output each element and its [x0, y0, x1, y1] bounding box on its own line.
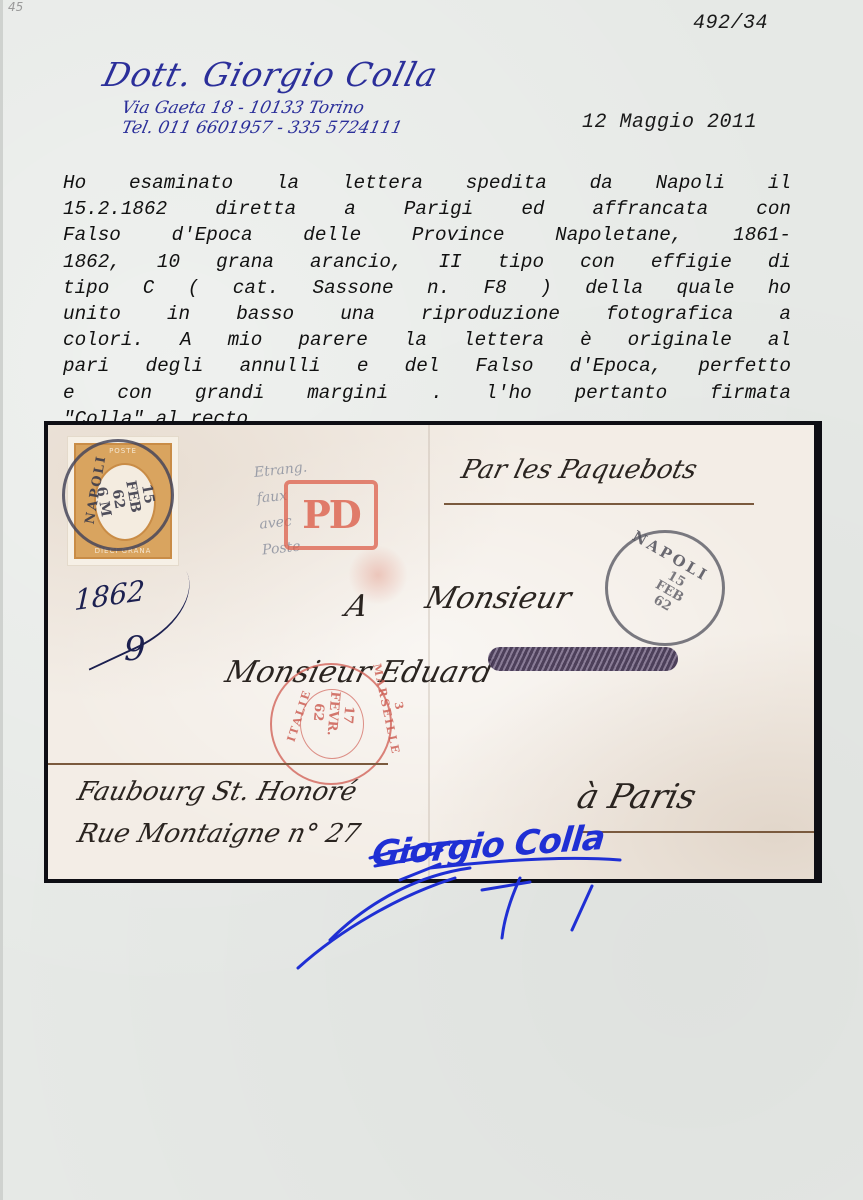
certificate-body: Ho esaminato la lettera spedita da Napol…: [63, 170, 791, 432]
body-line: pari degli annulli e del Falso d'Epoca, …: [63, 353, 791, 379]
postmark-date: 17 FEVR. 62: [308, 681, 358, 747]
body-line: tipo C ( cat. Sassone n. F8 ) della qual…: [63, 275, 791, 301]
postmark-napoli-stamp: NAPOLI 15 FEB 62 6 M: [62, 439, 174, 551]
fold-line: [428, 425, 430, 879]
route-note: Par les Paquebots: [458, 455, 700, 485]
body-line: unito in basso una riproduzione fotograf…: [63, 301, 791, 327]
body-line: Ho esaminato la lettera spedita da Napol…: [63, 170, 791, 196]
body-line: 15.2.1862 diretta a Parigi ed affrancata…: [63, 196, 791, 222]
page-edge: [0, 0, 3, 1200]
letterhead-name: Dott. Giorgio Colla: [99, 55, 442, 94]
address-city: à Paris: [573, 777, 700, 817]
body-line: e con grandi margini . l'ho pertanto fir…: [63, 380, 791, 406]
body-line: 1862, 10 grana arancio, II tipo con effi…: [63, 249, 791, 275]
letterhead: Dott. Giorgio Colla Via Gaeta 18 - 10133…: [100, 55, 437, 138]
postmark-napoli-cover: NAPOLI 15 FEB 62: [605, 530, 725, 646]
body-line: Falso d'Epoca delle Province Napoletane,…: [63, 222, 791, 248]
letterhead-telephone: Tel. 011 6601957 - 335 5724111: [120, 118, 440, 138]
body-line: colori. A mio parere la lettera è origin…: [63, 327, 791, 353]
pd-handstamp: PD: [284, 480, 378, 550]
underline: [48, 763, 388, 765]
reference-number: 492/34: [693, 12, 768, 35]
pencil-note: 45: [8, 0, 23, 14]
crossed-out-name: [488, 647, 678, 671]
address-salutation: A: [342, 589, 372, 624]
postmark-italie-marseille: ITALIE 3 MARSEILLE 17 FEVR. 62: [270, 663, 392, 785]
letterhead-address: Via Gaeta 18 - 10133 Torino: [120, 98, 440, 118]
rate-note: 9: [124, 629, 146, 669]
address-line-1: Monsieur: [422, 581, 575, 616]
envelope-photo: POSTE DIECI GRANA NAPOLI 15 FEB 62 6 M E…: [48, 425, 814, 879]
address-street-1: Faubourg St. Honoré: [74, 777, 360, 807]
certificate-date: 12 Maggio 2011: [582, 111, 757, 134]
underline: [444, 503, 754, 505]
